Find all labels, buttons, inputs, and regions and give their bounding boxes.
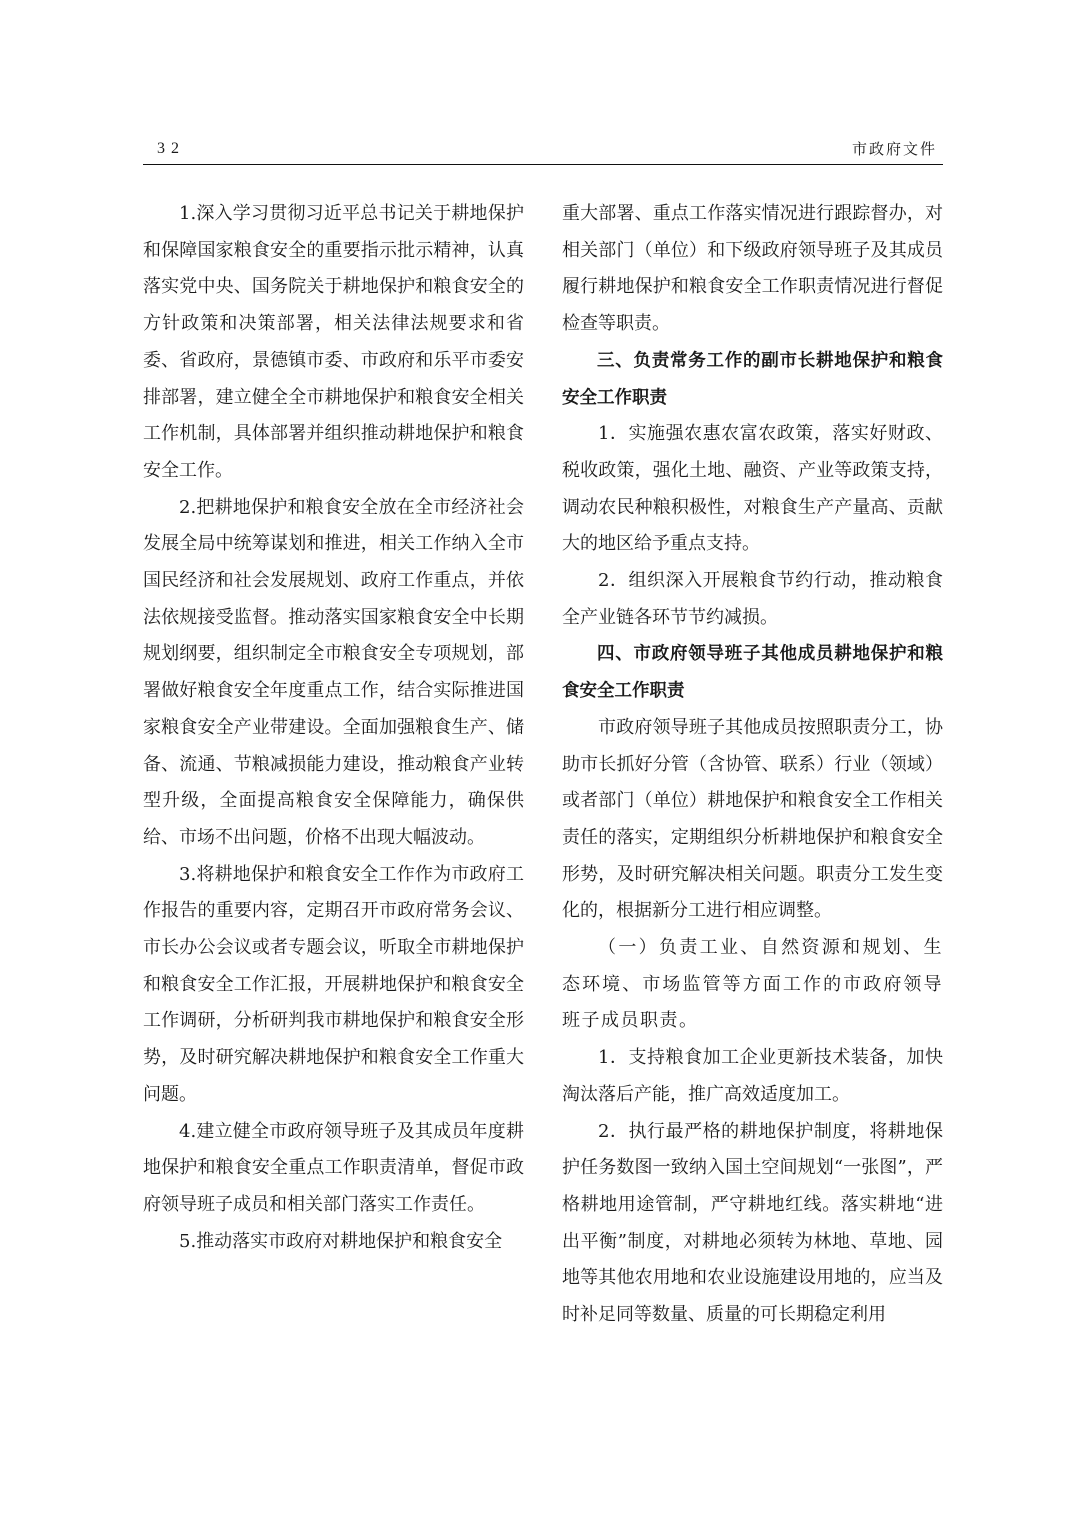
running-title: 市政府文件 — [852, 138, 937, 159]
paragraph-item-2: 2.把耕地保护和粮食安全放在全市经济社会发展全局中统筹谋划和推进，相关工作纳入全… — [143, 490, 524, 857]
section-3-item-2: 2．组织深入开展粮食节约行动，推动粮食全产业链各环节节约减损。 — [562, 563, 943, 636]
paragraph-item-4: 4.建立健全市政府领导班子及其成员年度耕地保护和粮食安全重点工作职责清单，督促市… — [143, 1114, 524, 1224]
paragraph-item-1: 1.深入学习贯彻习近平总书记关于耕地保护和保障国家粮食安全的重要指示批示精神，认… — [143, 196, 524, 490]
subsection-heading-1: （一）负责工业、自然资源和规划、生态环境、市场监管等方面工作的市政府领导班子成员… — [562, 930, 943, 1040]
paragraph-continuation: 重大部署、重点工作落实情况进行跟踪督办，对相关部门（单位）和下级政府领导班子及其… — [562, 196, 943, 343]
left-column: 1.深入学习贯彻习近平总书记关于耕地保护和保障国家粮食安全的重要指示批示精神，认… — [143, 196, 524, 1260]
page-header: 32 市政府文件 — [143, 136, 943, 165]
right-column: 重大部署、重点工作落实情况进行跟踪督办，对相关部门（单位）和下级政府领导班子及其… — [562, 196, 943, 1334]
section-3-item-1: 1．实施强农惠农富农政策，落实好财政、税收政策，强化土地、融资、产业等政策支持，… — [562, 416, 943, 563]
subsection-1-item-2: 2．执行最严格的耕地保护制度，将耕地保护任务数图一致纳入国土空间规划“一张图”，… — [562, 1114, 943, 1334]
paragraph-item-3: 3.将耕地保护和粮食安全工作作为市政府工作报告的重要内容，定期召开市政府常务会议… — [143, 857, 524, 1114]
section-heading-4: 四、市政府领导班子其他成员耕地保护和粮食安全工作职责 — [562, 636, 943, 709]
subsection-1-item-1: 1．支持粮食加工企业更新技术装备，加快淘汰落后产能，推广高效适度加工。 — [562, 1040, 943, 1113]
section-4-intro: 市政府领导班子其他成员按照职责分工，协助市长抓好分管（含协管、联系）行业（领域）… — [562, 710, 943, 930]
paragraph-item-5: 5.推动落实市政府对耕地保护和粮食安全 — [143, 1224, 524, 1261]
section-heading-3: 三、负责常务工作的副市长耕地保护和粮食安全工作职责 — [562, 343, 943, 416]
page-number: 32 — [157, 140, 185, 158]
